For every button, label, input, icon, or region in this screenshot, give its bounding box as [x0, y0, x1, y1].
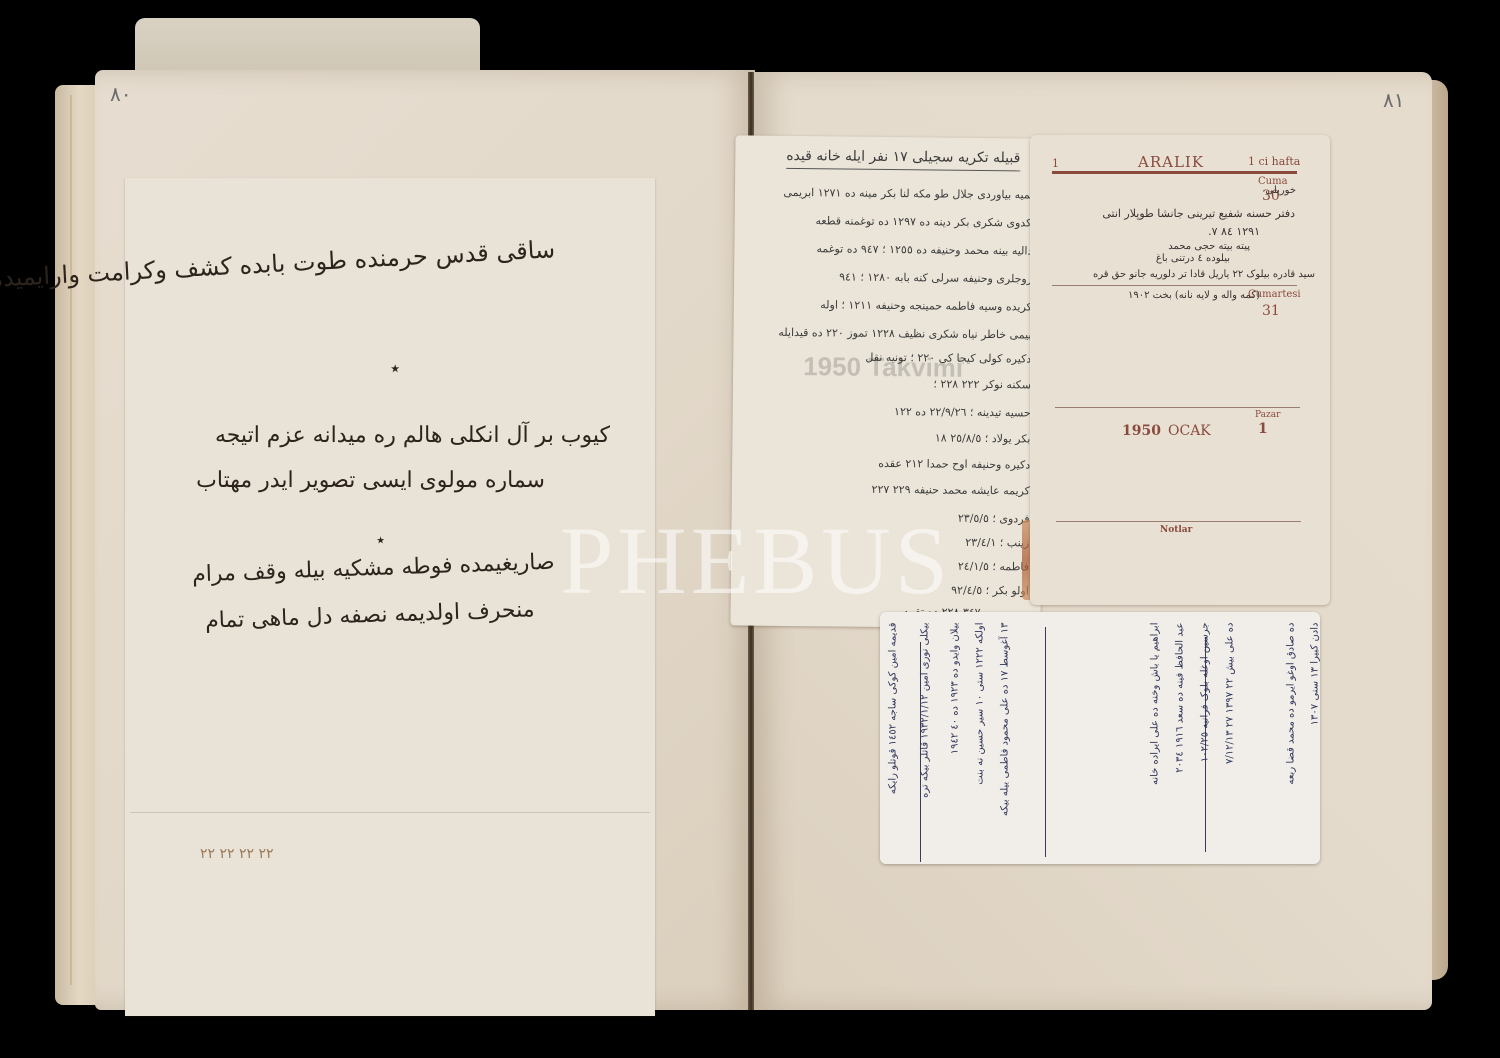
card-column-text: ده علی بیش ٢٢ ١٣٩٧ ٢٧ ٧/١٢/١٣: [1225, 623, 1236, 833]
verse-separator-2: ٭: [376, 530, 385, 549]
note-line: زینب ؛ ٢٣/٤/١: [965, 536, 1029, 550]
right-page-number: ٨١: [1383, 88, 1404, 112]
saturday-date: 31: [1262, 303, 1280, 319]
card-column-text: ابراهیم یا باش وخنه ده علی ایراده خانه: [1150, 623, 1161, 833]
note-line: سکنه نوکر ٢٢٢ ٢٢٨ ؛: [933, 377, 1031, 391]
calendar-next-month: OCAK: [1168, 423, 1211, 439]
note-line: بیمی خاطر نیاه شکری نظیف ١٢٢٨ تموز ٢٢٠ د…: [778, 326, 1031, 342]
verse-line-5: منحرف اولدیمه نصفه دل ماهی تمام: [205, 597, 535, 633]
calendar-handwriting: بیلوده ٤ درتنی باغ: [1156, 253, 1230, 264]
note-line: اولو بکر ؛ ٩٢/٤/٥: [951, 584, 1029, 598]
card-column-text: جرسین اوغله بلوک فرانیه ١٠٢/٢٥: [1200, 623, 1211, 833]
calendar-month: ARALIK: [1138, 153, 1204, 171]
calendar-year: 1950: [1122, 423, 1161, 439]
verse-line-3: سماره مولوی ایسی تصویر ایدر مهتاب: [196, 468, 545, 493]
card-column-text: دادن کبیرا ١٣ سنی ١٣٠٧: [1310, 623, 1321, 833]
note-line: بکر یولاد ؛ ٢٥/٨/٥ ١٨: [935, 431, 1031, 445]
calendar-handwriting: (کمه واله و لایه نانه) بخت ١٩٠٢: [1128, 290, 1260, 301]
card-column-text: ١٣ آغوسط ١٧ ده علی محمود فاطمی بیله بیکه: [1000, 623, 1011, 833]
note-line: دالیه بینه محمد وحنیفه ده ١٢٥٥ ؛ ٩٤٧ ده …: [816, 242, 1032, 257]
note-line: حسیه تیدینه ؛ ٢٢/٩/٢٦ ده ١٢٢: [894, 405, 1031, 419]
note-line: دکیره کولی کیجا کی ٢٢٠ ؛ تونیه نقل: [865, 351, 1031, 366]
calendar-header-rule: [1052, 171, 1297, 174]
rotated-note-card: قدیمه امین کوکی ساجه ١٤٥٢ قوتلو رایکه ده…: [880, 612, 1320, 864]
calendar-handwriting: سید قادره بیلوک ٢٢ یاریل قادا تر دلوریه …: [1093, 269, 1315, 280]
phebus-watermark: PHEBUS: [560, 505, 952, 616]
calendar-page-card: 1 ARALIK 1 ci hafta Cuma 30 خوریلی دفتر …: [1030, 135, 1330, 605]
calendar-week-label: 1 ci hafta: [1248, 155, 1300, 168]
note-line: فاطمه ؛ ٢٤/١/٥: [958, 560, 1029, 574]
left-page-number: ٨٠: [110, 82, 131, 106]
card-column-text: قدیمه امین کوکی ساجه ١٤٥٢ قوتلو رایکه: [888, 623, 899, 833]
sunday-date: 1: [1258, 421, 1268, 437]
card-column-text: بیلان وایدو ده ١٩٢٣ ده ٤٠ ١٩٤٢: [950, 623, 961, 833]
note-line: بلمیه بیاوردی جلال طو مکه لنا بکر مینه د…: [783, 186, 1037, 202]
card-column-text: بیکلی نوری امین ١٩٣٢/١/١٢ قاتلر بیکه تره: [920, 623, 931, 833]
verse-line-2: کیوب بر آل انکلی هالم ره میدانه عزم اتیج…: [215, 423, 610, 448]
verse-line-4: صاریغیمده فوطه مشکیه بیله وقف مرام: [192, 550, 555, 588]
note-line: کریده وسیه فاطمه حمینجه وحنیفه ١٢١١ ؛ او…: [820, 298, 1032, 313]
note-line: رکدوی شکری بکر دینه ده ١٢٩٧ ده توغمنه قط…: [816, 214, 1037, 229]
sheet-fold-line: [130, 812, 650, 813]
calendar-day-divider: [1052, 285, 1297, 286]
calendar-handwriting: خوریلی: [1265, 185, 1296, 196]
card-column-text: اولکه ١٢٢٢ ستی ١٠ سیر حسین نه بنت: [975, 623, 986, 833]
verse-separator-1: ٭: [390, 358, 400, 379]
note-card-title: قبیله تکریه سجیلی ١٧ نفر ایله خانه قیده: [786, 148, 1020, 171]
torn-top-tab: [135, 18, 480, 78]
sunday-label: Pazar: [1255, 410, 1280, 420]
card-column-text: عبد الحافظ فینه ده سعد ١٩١٦ ٢٠٣٤: [1175, 623, 1186, 833]
note-line: فردوی ؛ ٢٣/٥/٥: [958, 512, 1030, 526]
calendar-notes-divider: [1056, 521, 1301, 522]
card-column-rule: [1045, 627, 1046, 857]
note-line: دکیره وحنیفه اوح حمدا ٢١٢ عقده: [878, 457, 1030, 472]
note-line: کریمه عایشه محمد حنیفه ٢٢٩ ٢٢٧: [872, 483, 1030, 498]
calendar-handwriting: دفتر حسنه شفیع تیرینی جانشا طوپلار انتی: [1102, 207, 1295, 220]
calendar-handwriting: ١٢٩١ ٨٤ ٧.: [1208, 225, 1260, 238]
calendar-week-number: 1: [1052, 157, 1059, 170]
saturday-label: Cumartesi: [1248, 289, 1301, 300]
note-line: زوجلری وحنیفه سرلی کنه بابه ١٢٨٠ ؛ ٩٤١: [839, 270, 1032, 285]
calendar-handwriting: پیته بیته حجی محمد: [1168, 241, 1250, 252]
calendar-notes-label: Notlar: [1160, 525, 1192, 535]
calendar-day-divider: [1055, 407, 1300, 408]
pencil-footnote: ٢٢ ٢٢ ٢٢ ٢٢: [200, 846, 274, 862]
card-column-text: ده صادق اوغو ایرمو ده محمد قضا ربعه: [1286, 623, 1297, 833]
